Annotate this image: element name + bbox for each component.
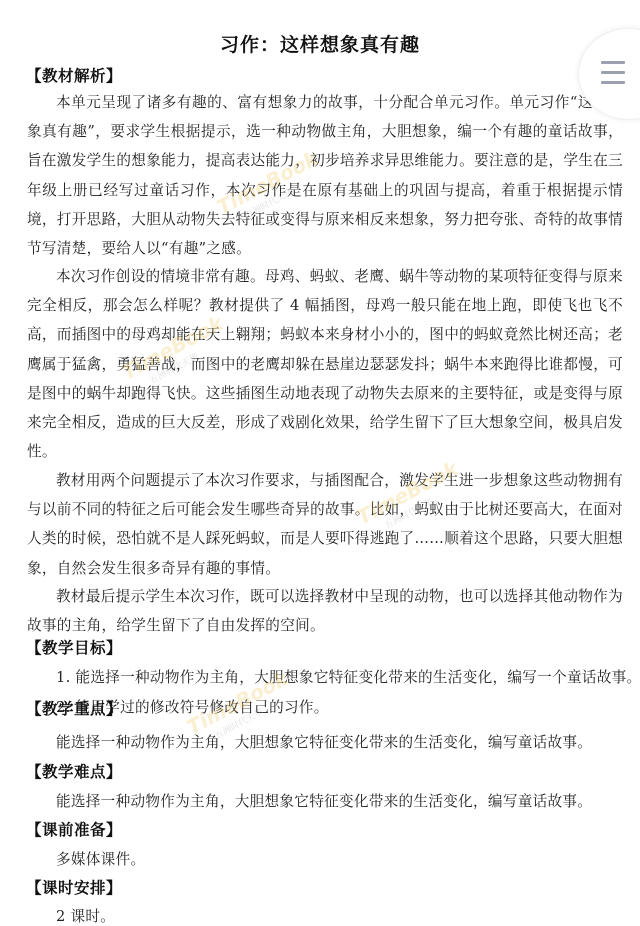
section-heading-teaching-objectives: 【教学目标】: [26, 636, 122, 658]
menu-bar: [601, 71, 625, 74]
objective-item-1: 1. 能选择一种动物作为主角，大胆想象它特征变化带来的生活变化，编写一个童话故事…: [56, 666, 640, 687]
analysis-paragraph-3: 教材用两个问题提示了本次习作要求，与插图配合，激发学生进一步想象这些动物拥有与以…: [27, 466, 623, 583]
analysis-paragraph-1: 本单元呈现了诸多有趣的、富有想象力的故事，十分配合单元习作。单元习作“这样想象真…: [27, 88, 623, 263]
menu-bar: [601, 61, 625, 64]
analysis-paragraph-4: 教材最后提示学生本次习作，既可以选择教材中呈现的动物，也可以选择其他动物作为故事…: [27, 582, 623, 640]
section-heading-teaching-difficulty: 【教学难点】: [26, 760, 122, 782]
section-heading-schedule: 【课时安排】: [26, 876, 122, 898]
difficulty-item: 能选择一种动物作为主角，大胆想象它特征变化带来的生活变化，编写童话故事。: [56, 790, 592, 811]
section-heading-preparation: 【课前准备】: [26, 818, 122, 840]
preparation-item: 多媒体课件。: [56, 848, 145, 869]
analysis-paragraph-2: 本次习作创设的情境非常有趣。母鸡、蚂蚁、老鹰、蜗牛等动物的某项特征变得与原来完全…: [27, 262, 623, 466]
document-page: 习作：这样想象真有趣 【教材解析】 本单元呈现了诸多有趣的、富有想象力的故事，十…: [0, 0, 640, 926]
menu-bar: [601, 81, 625, 84]
focus-item: 能选择一种动物作为主角，大胆想象它特征变化带来的生活变化，编写童话故事。: [56, 731, 592, 752]
section-heading-teaching-focus: 【教学重点】: [26, 697, 122, 719]
section-heading-textbook-analysis: 【教材解析】: [26, 64, 122, 86]
document-title: 习作：这样想象真有趣: [0, 30, 640, 57]
schedule-item: 2 课时。: [56, 905, 115, 926]
